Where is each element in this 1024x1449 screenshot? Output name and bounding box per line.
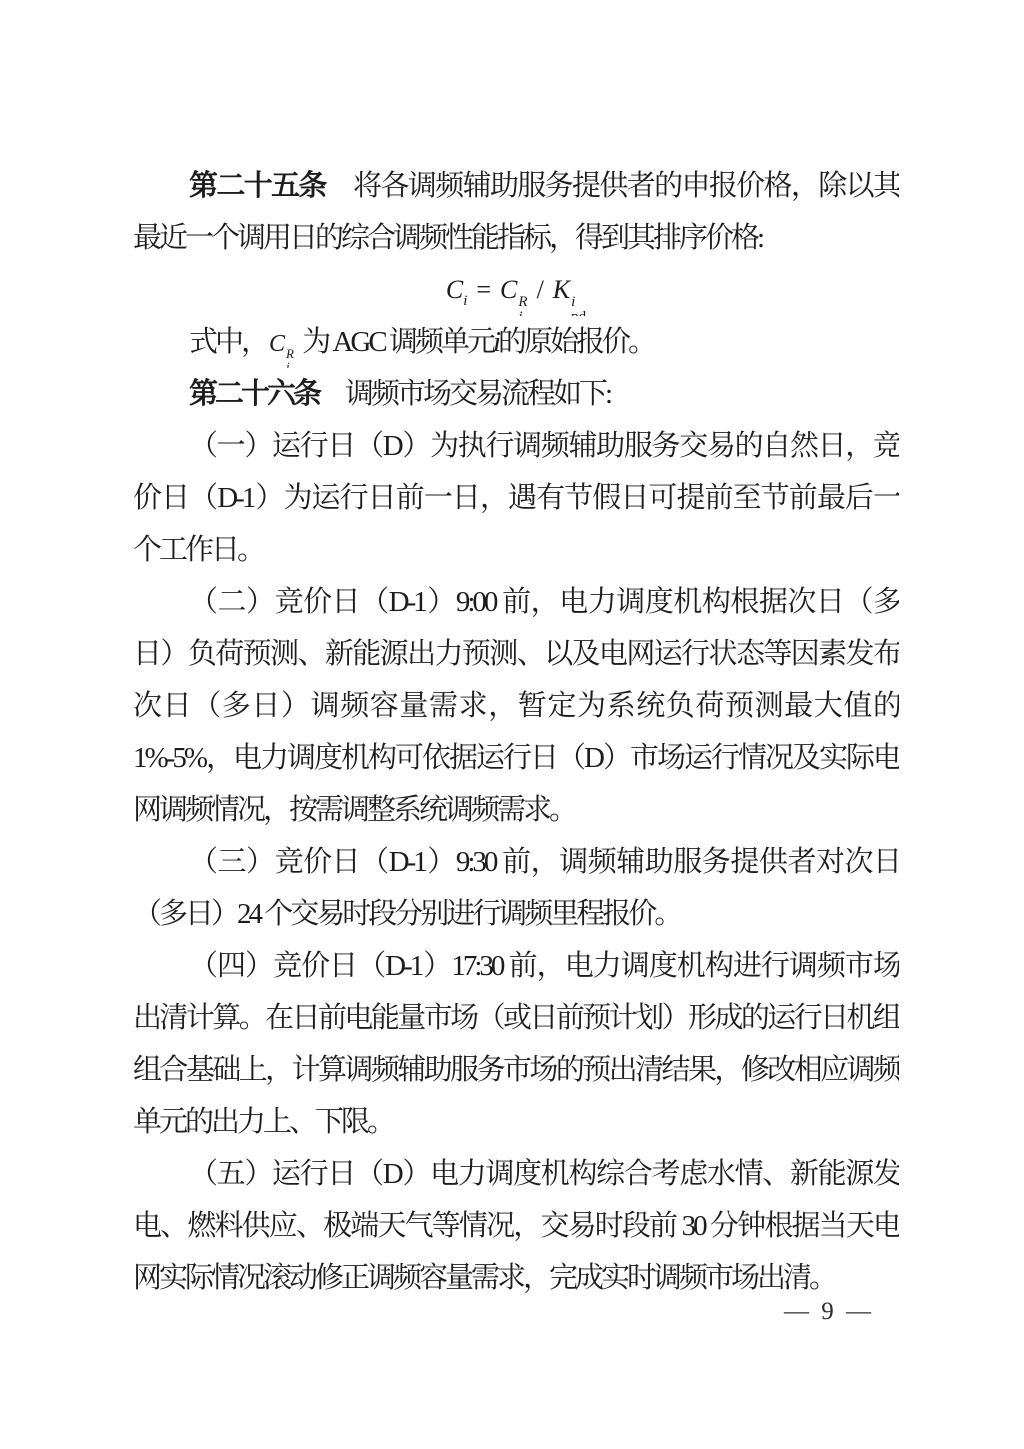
item-4-line-3: 组合基础上，计算调频辅助服务市场的预出清结果，修改相应调频 [133, 1044, 899, 1096]
note-suffix: 的原始报价。 [498, 326, 654, 358]
formula-performance-base: K [553, 275, 570, 304]
formula-bid-scripts: Ri [518, 295, 527, 316]
item-2-line-3: 次日（多日）调频容量需求，暂定为系统负荷预测最大值的 [133, 680, 899, 732]
formula-lhs-base: C [446, 275, 463, 304]
item-2-line-1: （二）竞价日（D-1）9:00 前，电力调度机构根据次日（多 [133, 576, 899, 628]
item-3-line-2: （多日）24 个交易时段分别进行调频里程报价。 [133, 888, 899, 940]
note-var-subscript: i [286, 360, 290, 368]
formula-bid-superscript: R [518, 295, 527, 310]
article-25-text: 将各调频辅助服务提供者的申报价格，除以其 [326, 170, 899, 202]
page-body: 第二十五条 将各调频辅助服务提供者的申报价格，除以其 最近一个调用日的综合调频性… [133, 160, 899, 1304]
item-5-line-2: 电、燃料供应、极端天气等情况，交易时段前 30 分钟根据当天电 [133, 1200, 899, 1252]
article-26-line-1: 第二十六条 调频市场交易流程如下: [133, 368, 899, 420]
item-1-line-2: 价日（D-1）为运行日前一日，遇有节假日可提前至节前最后一 [133, 472, 899, 524]
article-26-text: 调频市场交易流程如下: [319, 378, 610, 410]
item-2-line-2: 日）负荷预测、新能源出力预测、以及电网运行状态等因素发布 [133, 628, 899, 680]
formula-bid-base: C [500, 275, 517, 304]
item-1-line-1: （一）运行日（D）为执行调频辅助服务交易的自然日，竞 [133, 420, 899, 472]
note-var-base: C [269, 331, 285, 357]
item-1-line-3: 个工作日。 [133, 524, 899, 576]
article-25-line-1: 第二十五条 将各调频辅助服务提供者的申报价格，除以其 [133, 160, 899, 212]
formula-lhs-subscript: i [463, 293, 467, 309]
formula-performance-superscript: i [571, 295, 575, 310]
formula-equals: = [476, 275, 491, 304]
item-2-line-4: 1%-5%，电力调度机构可依据运行日（D）市场运行情况及实际电 [133, 732, 899, 784]
note-var-scripts: Ri [286, 347, 294, 368]
item-2-line-5: 网调频情况，按需调整系统调频需求。 [133, 784, 899, 836]
formula-note-line: 式中，CRi 为 AGC 调频单元i的原始报价。 [133, 316, 899, 368]
article-26-number: 第二十六条 [189, 378, 319, 410]
item-3-line-1: （三）竞价日（D-1）9:30 前，调频辅助服务提供者对次日 [133, 836, 899, 888]
note-prefix: 式中， [189, 326, 267, 358]
article-25-number: 第二十五条 [189, 170, 326, 202]
formula-divide: / [537, 275, 544, 304]
formula-performance-scripts: ipd [571, 295, 586, 316]
item-4-line-2: 出清计算。在日前电能量市场（或日前预计划）形成的运行日机组 [133, 992, 899, 1044]
article-25-line-2: 最近一个调用日的综合调频性能指标，得到其排序价格: [133, 212, 899, 264]
item-5-line-1: （五）运行日（D）电力调度机构综合考虑水情、新能源发 [133, 1148, 899, 1200]
item-4-line-4: 单元的出力上、下限。 [133, 1096, 899, 1148]
page-number: — 9 — [784, 1297, 874, 1327]
document-page: 第二十五条 将各调频辅助服务提供者的申报价格，除以其 最近一个调用日的综合调频性… [0, 0, 1024, 1449]
ranking-price-formula: Ci=CRi/Kipd [133, 264, 899, 316]
note-middle: 为 AGC 调频单元 [298, 326, 493, 358]
note-inline-formula: CRi [269, 331, 294, 357]
item-4-line-1: （四）竞价日（D-1）17:30 前，电力调度机构进行调频市场 [133, 940, 899, 992]
